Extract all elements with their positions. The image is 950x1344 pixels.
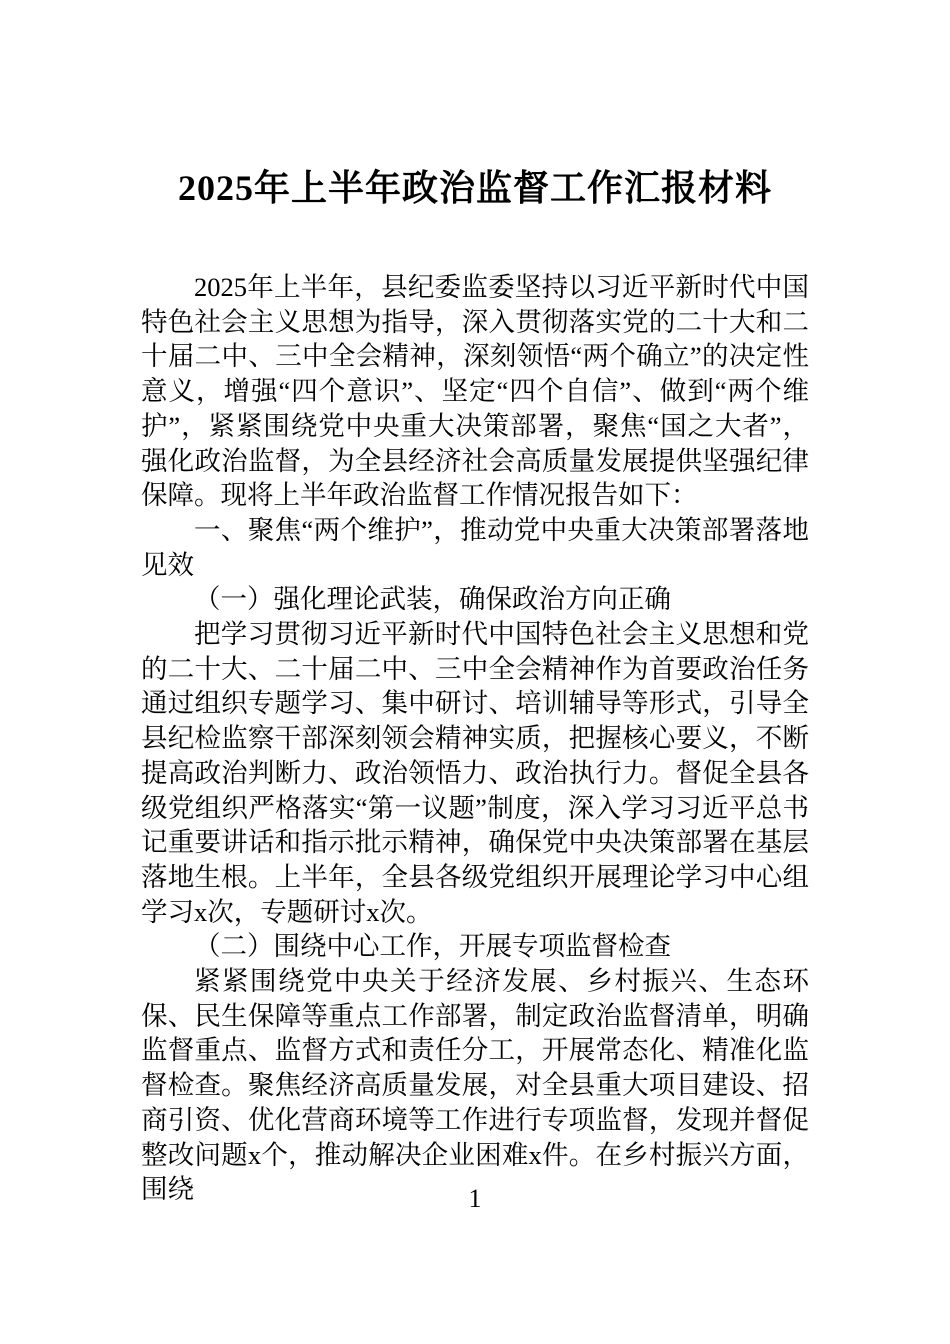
subsection-heading-1-2: （二）围绕中心工作，开展专项监督检查 [141, 929, 809, 964]
page-number: 1 [0, 1184, 950, 1214]
paragraph-theory-armament: 把学习贯彻习近平新时代中国特色社会主义思想和党的二十大、二十届二中、三中全会精神… [141, 617, 809, 929]
paragraph-special-supervision: 紧紧围绕党中央关于经济发展、乡村振兴、生态环保、民生保障等重点工作部署，制定政治… [141, 964, 809, 1207]
subsection-heading-1-1: （一）强化理论武装，确保政治方向正确 [141, 582, 809, 617]
document-body: 2025年上半年，县纪委监委坚持以习近平新时代中国特色社会主义思想为指导，深入贯… [141, 270, 809, 1207]
document-title: 2025年上半年政治监督工作汇报材料 [0, 166, 950, 210]
paragraph-intro: 2025年上半年，县纪委监委坚持以习近平新时代中国特色社会主义思想为指导，深入贯… [141, 270, 809, 513]
section-heading-1: 一、聚焦“两个维护”，推动党中央重大决策部署落地见效 [141, 513, 809, 582]
document-page: 2025年上半年政治监督工作汇报材料 2025年上半年，县纪委监委坚持以习近平新… [0, 0, 950, 1344]
